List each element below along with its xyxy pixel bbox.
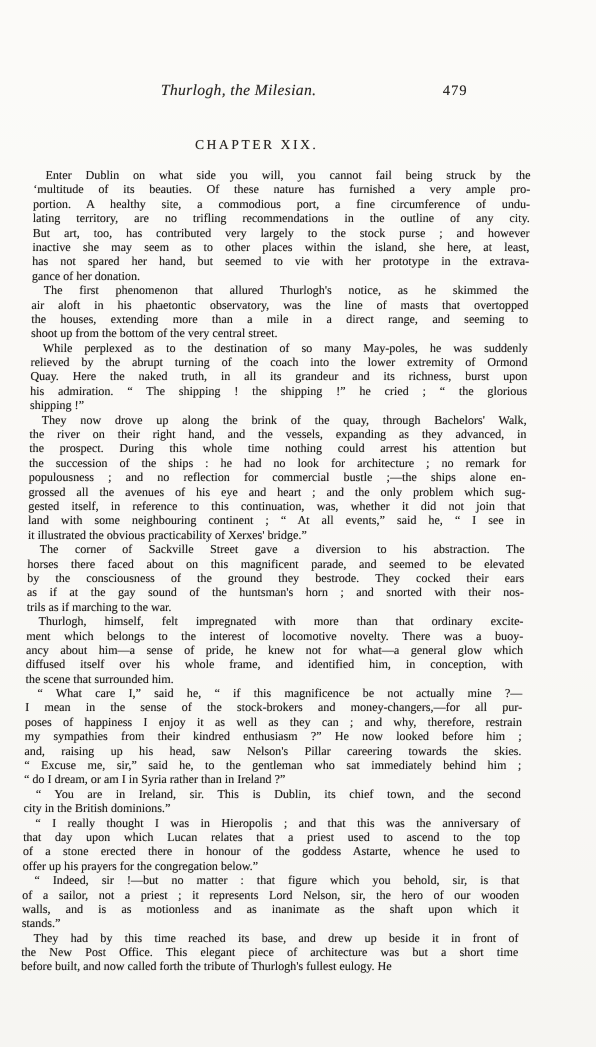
paragraph: “ Indeed, sir !—but no matter : that fig… [22, 873, 520, 931]
text-line: populousness ; and no reflection for com… [29, 470, 526, 484]
paragraph: “ I really thought I was in Hieropolis ;… [23, 816, 521, 874]
paragraph: “ What care I,” said he, “ if this magni… [24, 686, 523, 787]
text-line: the New Post Office. This elegant piece … [21, 945, 518, 959]
page-number: 479 [443, 83, 468, 100]
text-line: But art, too, has contributed very large… [33, 226, 530, 240]
text-line: portion. A healthy site, a commodious po… [33, 197, 530, 211]
text-line: ‘multitude of its beauties. Of these nat… [33, 182, 530, 196]
text-line: Quay. Here the naked truth, in all its g… [30, 369, 527, 383]
text-line: of a sailor, not a priest ; it represent… [22, 888, 519, 902]
text-line: relieved by the abrupt turning of the co… [30, 355, 527, 369]
paragraph: The first phenomenon that allured Thurlo… [31, 283, 529, 341]
text-line: gance of her donation. [32, 269, 529, 283]
text-line: The first phenomenon that allured Thurlo… [32, 283, 529, 297]
text-line: The corner of Sackville Street gave a di… [28, 542, 525, 556]
text-line: Thurlogh, himself, felt impregnated with… [26, 614, 523, 628]
text-line: shoot up from the bottom of the very cen… [31, 326, 528, 340]
text-line: has not spared her hand, but seemed to v… [32, 254, 529, 268]
text-line: horses there faced about on this magnifi… [27, 557, 524, 571]
text-line: They now drove up along the brink of the… [30, 413, 527, 427]
page-header: Thurlogh, the Milesian. 479 [0, 82, 596, 102]
paragraph: “ You are in Ireland, sir. This is Dubli… [23, 787, 520, 816]
text-line: trils as if marching to the war. [27, 600, 524, 614]
text-line: inactive she may seem as to other places… [32, 240, 529, 254]
text-line: it illustrated the obvious practicabilit… [28, 528, 525, 542]
paragraph: Thurlogh, himself, felt impregnated with… [26, 614, 524, 686]
text-line: “ What care I,” said he, “ if this magni… [25, 686, 522, 700]
text-line: my sympathies from their kindred enthusi… [25, 729, 522, 743]
text-line: ancy about him—a sense of pride, he knew… [26, 643, 523, 657]
text-line: “ Excuse me, sir,” said he, to the gentl… [24, 758, 521, 772]
paragraph: The corner of Sackville Street gave a di… [27, 542, 525, 614]
text-line: the houses, extending more than a mile i… [31, 312, 528, 326]
text-line: While perplexed as to the destination of… [31, 341, 528, 355]
text-line: They had by this time reached its base, … [21, 931, 518, 945]
text-line: of a stone erected there in honour of th… [23, 844, 520, 858]
text-line: as if at the gay sound of the huntsman's… [27, 585, 524, 599]
text-line: the river on their right hand, and the v… [29, 427, 526, 441]
text-line: offer up his prayers for the congregatio… [23, 859, 520, 873]
text-line: stands.” [22, 916, 519, 930]
text-line: the scene that surrounded him. [26, 672, 523, 686]
text-line: the succession of the ships : he had no … [29, 456, 526, 470]
running-title: Thurlogh, the Milesian. [161, 82, 317, 100]
scan-content: Thurlogh, the Milesian. 479 CHAPTER XIX.… [0, 82, 596, 1022]
text-line: “ do I dream, or am I in Syria rather th… [24, 772, 521, 786]
chapter-heading: CHAPTER XIX. [195, 137, 319, 153]
text-line: lating territory, are no trifling recomm… [33, 211, 530, 225]
text-line: walls, and is as motionless and as inani… [22, 902, 519, 916]
text-line: ment which belongs to the interest of lo… [26, 629, 523, 643]
text-line: his admiration. “ The shipping ! the shi… [30, 384, 527, 398]
text-line: before built, and now called forth the t… [21, 959, 518, 973]
text-line: Enter Dublin on what side you will, you … [33, 168, 530, 182]
text-line: gested itself, in reference to this cont… [28, 499, 525, 513]
text-line: that day upon which Lucan relates that a… [23, 830, 520, 844]
text-block: Enter Dublin on what side you will, you … [21, 168, 531, 974]
text-line: shipping !” [30, 398, 527, 412]
text-line: I mean in the sense of the stock-brokers… [25, 700, 522, 714]
text-line: grossed all the avenues of his eye and h… [28, 485, 525, 499]
paragraph: While perplexed as to the destination of… [30, 341, 528, 413]
text-line: air aloft in his phaetontic observatory,… [31, 298, 528, 312]
paragraph: They had by this time reached its base, … [21, 931, 519, 974]
text-line: city in the British dominions.” [23, 801, 520, 815]
text-line: the prospect. During this whole time not… [29, 441, 526, 455]
text-line: land with some neighbouring continent ; … [28, 513, 525, 527]
text-line: and, raising up his head, saw Nelson's P… [24, 744, 521, 758]
paragraph: They now drove up along the brink of the… [28, 413, 527, 543]
text-line: “ You are in Ireland, sir. This is Dubli… [24, 787, 521, 801]
text-line: “ Indeed, sir !—but no matter : that fig… [22, 873, 519, 887]
book-page: Thurlogh, the Milesian. 479 CHAPTER XIX.… [0, 0, 596, 1047]
text-line: diffused itself over his whole frame, an… [26, 657, 523, 671]
paragraph: Enter Dublin on what side you will, you … [32, 168, 531, 283]
text-line: “ I really thought I was in Hieropolis ;… [23, 816, 520, 830]
text-line: by the consciousness of the ground they … [27, 571, 524, 585]
text-line: poses of happiness I enjoy it as well as… [25, 715, 522, 729]
